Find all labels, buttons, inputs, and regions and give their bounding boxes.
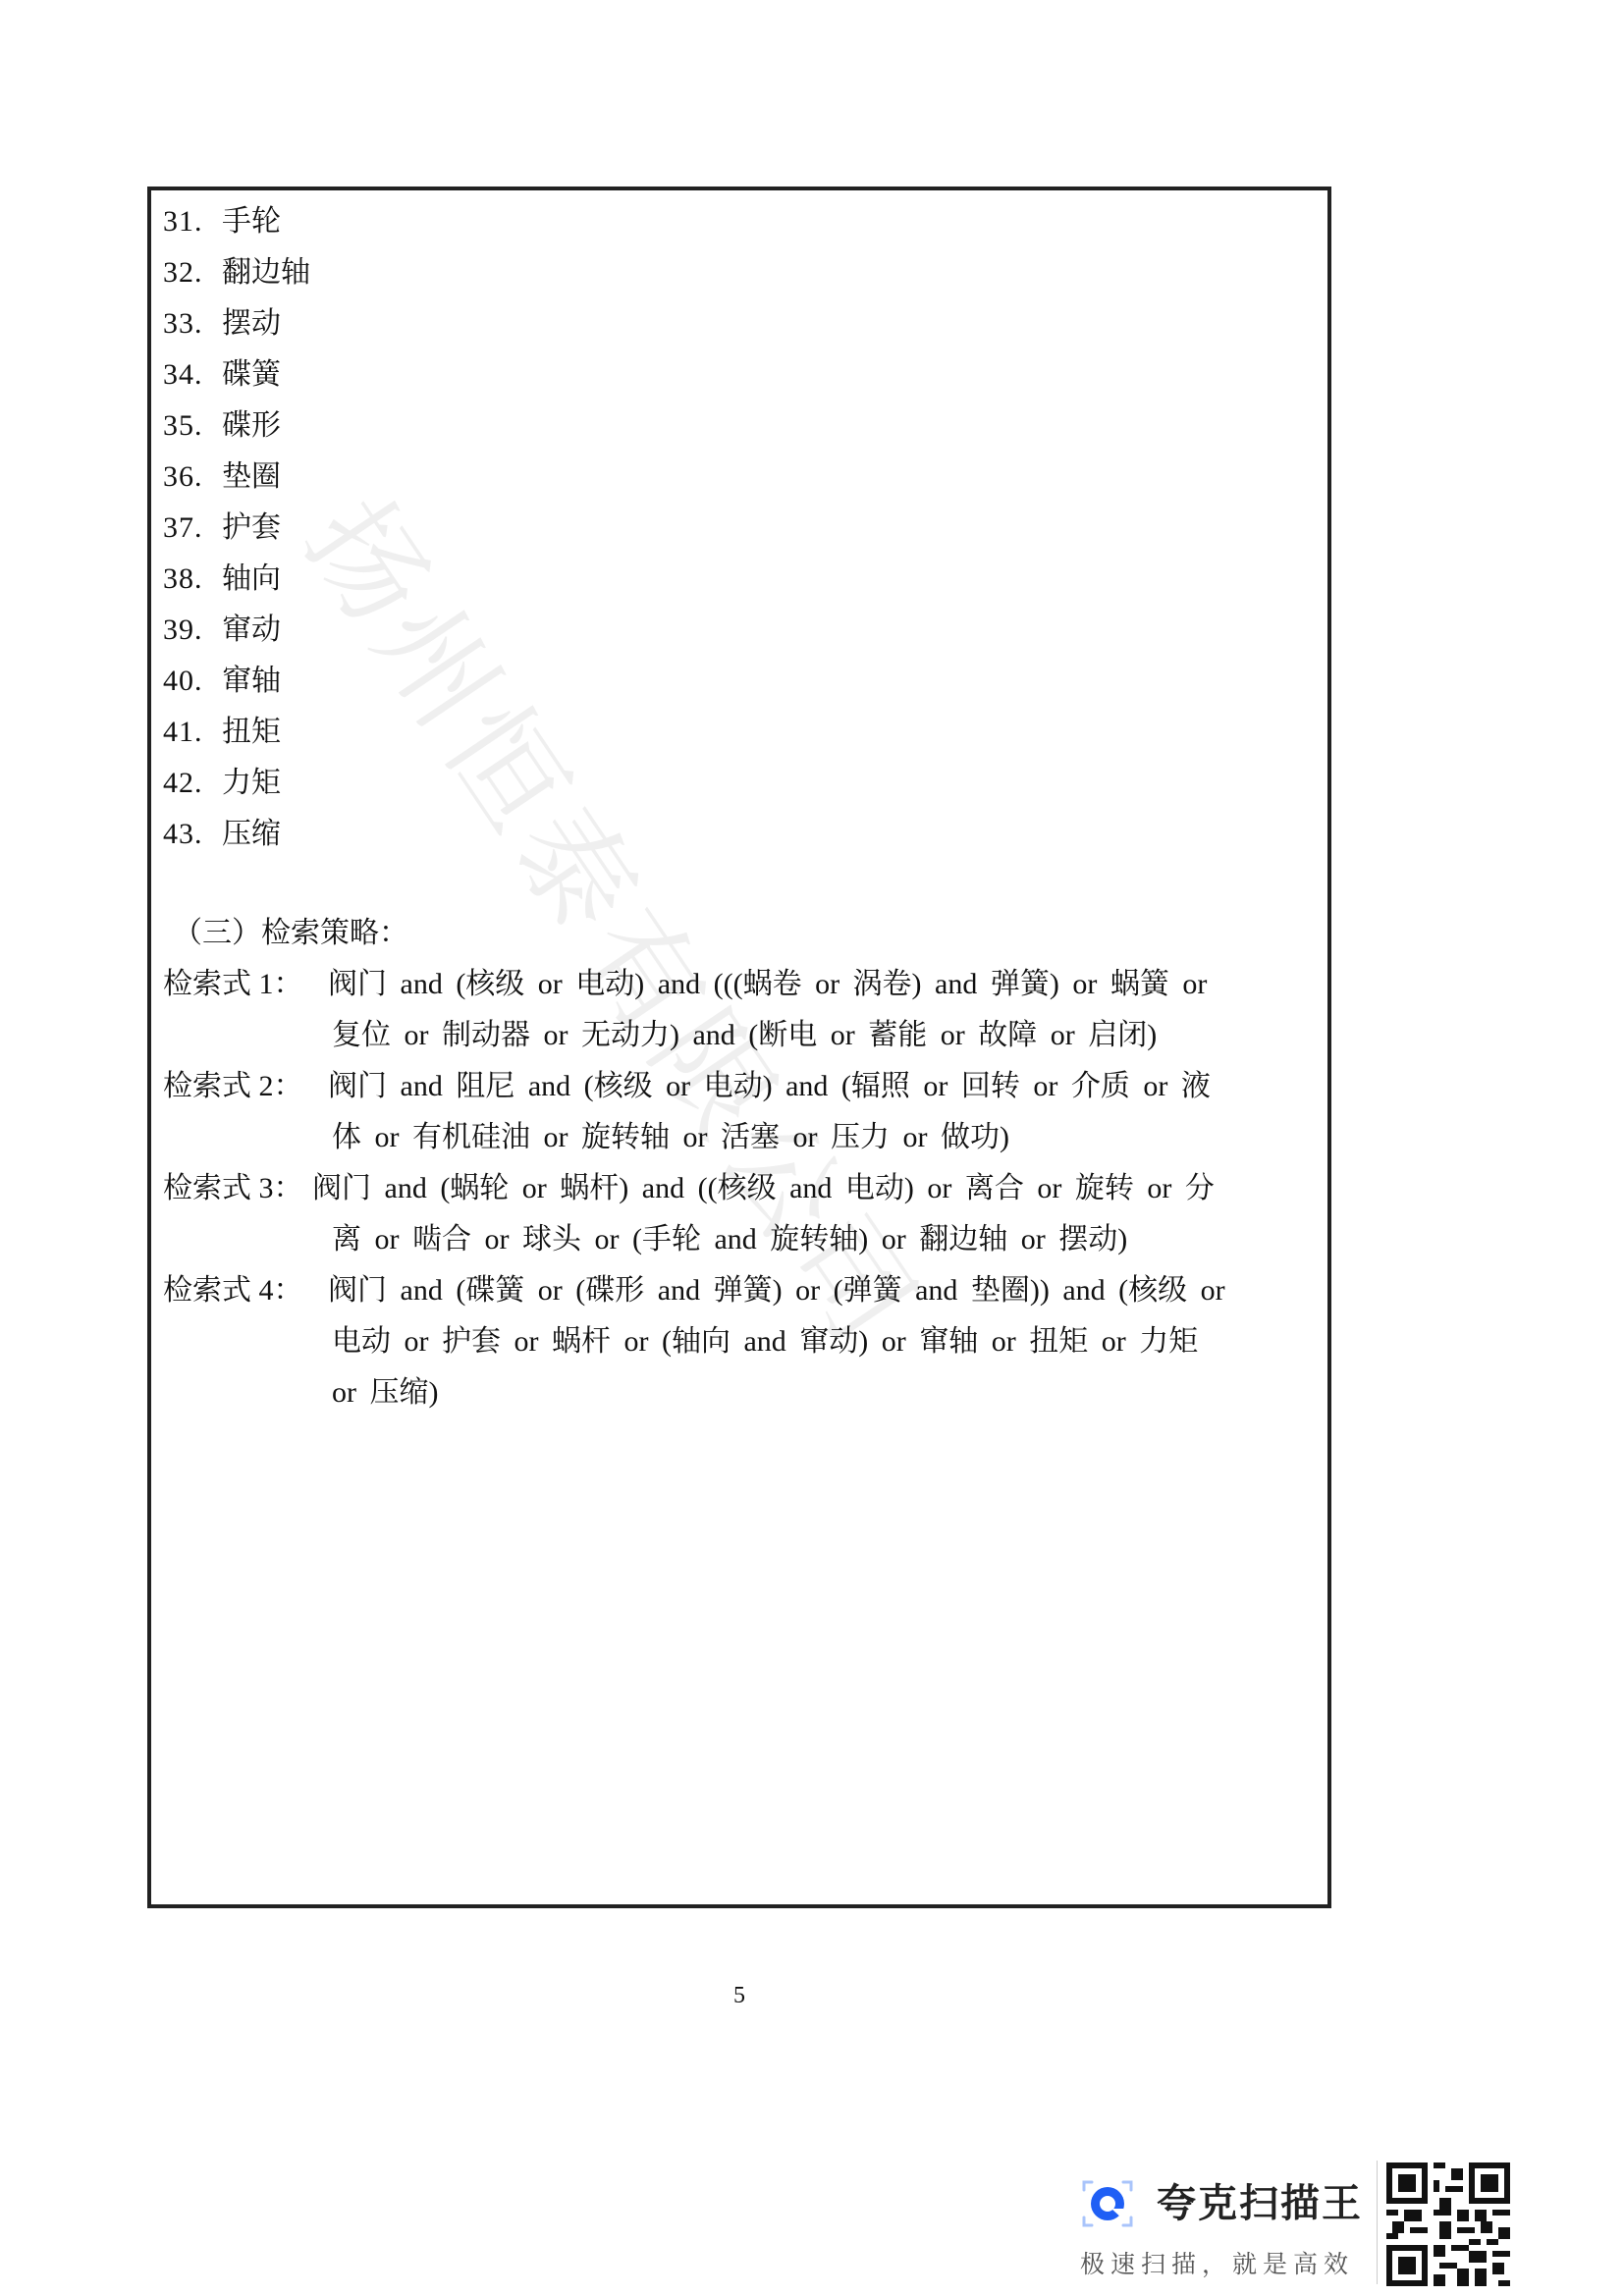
query-line: 离 or 啮合 or 球头 or (手轮 and 旋转轴) or 翻边轴 or …	[163, 1214, 1322, 1265]
list-item: 33.摆动	[163, 298, 1322, 349]
list-item: 40.窜轴	[163, 656, 1322, 707]
list-item: 31.手轮	[163, 196, 1322, 247]
list-item: 42.力矩	[163, 758, 1322, 809]
list-item: 38.轴向	[163, 554, 1322, 605]
page-number: 5	[733, 1983, 745, 2009]
query-label: 检索式 1：	[163, 959, 303, 1010]
query-label: 检索式 3：	[163, 1163, 303, 1214]
qr-code-icon	[1386, 2163, 1510, 2286]
list-item: 43.压缩	[163, 809, 1322, 860]
list-item: 39.窜动	[163, 605, 1322, 656]
query-line: 体 or 有机硅油 or 旋转轴 or 活塞 or 压力 or 做功)	[163, 1112, 1322, 1163]
query-line: 阀门 and 阻尼 and (核级 or 电动) and (辐照 or 回转 o…	[163, 1061, 1322, 1112]
list-item: 41.扭矩	[163, 707, 1322, 758]
brand-slogan: 极速扫描，就是高效	[1080, 2245, 1354, 2280]
search-query-4: 检索式 4： 阀门 and (碟簧 or (碟形 and 弹簧) or (弹簧 …	[163, 1265, 1322, 1418]
query-line: 阀门 and (蜗轮 or 蜗杆) and ((核级 and 电动) or 离合…	[163, 1163, 1322, 1214]
query-line: 阀门 and (核级 or 电动) and (((蜗卷 or 涡卷) and 弹…	[163, 959, 1322, 1010]
query-line: 电动 or 护套 or 蜗杆 or (轴向 and 窜动) or 窜轴 or 扭…	[163, 1316, 1322, 1367]
brand-name: 夸克扫描王	[1157, 2172, 1363, 2228]
search-query-1: 检索式 1： 阀门 and (核级 or 电动) and (((蜗卷 or 涡卷…	[163, 959, 1322, 1061]
scanner-brand-footer: 夸克扫描王 极速扫描，就是高效	[1070, 2155, 1522, 2282]
list-item: 37.护套	[163, 503, 1322, 554]
query-label: 检索式 2：	[163, 1061, 303, 1112]
keyword-list: 31.手轮 32.翻边轴 33.摆动 34.碟簧 35.碟形 36.垫圈 37.…	[163, 196, 1322, 860]
query-line: 阀门 and (碟簧 or (碟形 and 弹簧) or (弹簧 and 垫圈)…	[163, 1265, 1322, 1316]
query-line: or 压缩)	[163, 1367, 1322, 1418]
search-strategy-heading: （三）检索策略：	[173, 908, 408, 951]
list-item: 35.碟形	[163, 400, 1322, 452]
list-item: 36.垫圈	[163, 452, 1322, 503]
quark-scanner-logo-icon	[1080, 2176, 1135, 2231]
query-label: 检索式 4：	[163, 1265, 303, 1316]
search-query-2: 检索式 2： 阀门 and 阻尼 and (核级 or 电动) and (辐照 …	[163, 1061, 1322, 1163]
divider	[1377, 2161, 1378, 2284]
query-line: 复位 or 制动器 or 无动力) and (断电 or 蓄能 or 故障 or…	[163, 1010, 1322, 1061]
search-query-3: 检索式 3： 阀门 and (蜗轮 or 蜗杆) and ((核级 and 电动…	[163, 1163, 1322, 1265]
list-item: 34.碟簧	[163, 349, 1322, 400]
list-item: 32.翻边轴	[163, 247, 1322, 298]
